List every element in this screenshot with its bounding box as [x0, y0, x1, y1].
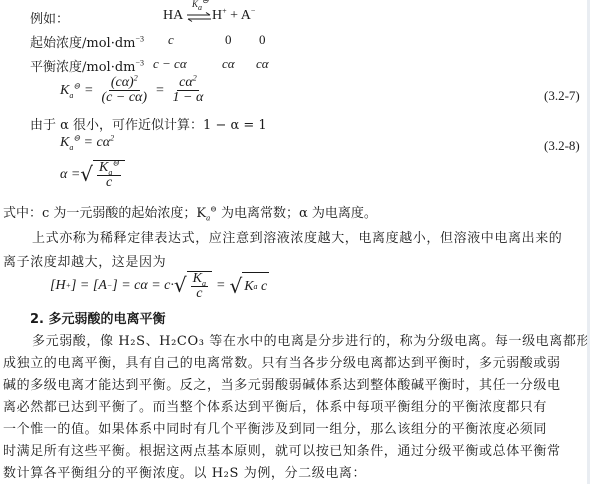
example-label: 例如：	[30, 8, 69, 27]
section-line-7: 数计算各平衡组分的平衡浓度。以 H₂S 为例，分二级电离：	[3, 462, 366, 481]
reactant: HA	[163, 8, 182, 23]
square-root: √Ka⊖c	[80, 160, 125, 190]
where-text: 式中：c 为一元弱酸的起始浓度；Ka⊖ 为电离常数；α 为电离度。	[3, 202, 377, 221]
section-line-5: 一个惟一的值。如果体系中同时有几个平衡涉及到同一组分，那么该组分的平衡浓度必须同	[3, 418, 547, 437]
equation-3-2-7: Ka⊖ = (cα)2(c − cα) = cα21 − α	[60, 76, 207, 105]
section-line-3: 碱的多级电离才能达到平衡。反之，当多元弱酸弱碱体系达到整体酸碱平衡时，其任一分级…	[3, 374, 561, 393]
initial-ha: c	[168, 32, 174, 48]
fraction-1: (cα)2(c − cα)	[100, 76, 150, 105]
ka-symbol: Ka⊖	[60, 83, 80, 99]
approximation-text: 由于 α 很小，可作近似计算：1 − α = 1	[30, 114, 267, 133]
initial-a: 0	[259, 32, 266, 48]
equation-ion-concentration: [H+ ] = [A− ] = cα = c· √Kac = √Ka c	[50, 271, 269, 301]
section-line-2: 成独立的电离平衡，具有自己的电离常数。只有当各步分级电离都达到平衡时，多元弱酸或…	[3, 352, 561, 371]
initial-h: 0	[225, 32, 232, 48]
section-line-1: 多元弱酸，像 H₂S、H₂CO₃ 等在水中的电离是分步进行的，称为分级电离。每一…	[32, 330, 590, 349]
equation-number-3-2-8: (3.2-8)	[544, 138, 580, 154]
equilibrium-a: cα	[256, 56, 269, 72]
equation-3-2-8: Ka⊖ = cα2	[60, 135, 114, 151]
section-heading: 2. 多元弱酸的电离平衡	[30, 308, 166, 327]
equilibrium-ha: c − cα	[153, 56, 187, 72]
plus-sign: +	[230, 8, 238, 23]
equation-number-3-2-7: (3.2-7)	[544, 88, 580, 104]
product-h: H+	[212, 8, 227, 23]
equilibrium-concentration-label: 平衡浓度/mol·dm−3	[30, 56, 144, 75]
section-line-4: 离必然都已达到平衡了。而当整个体系达到平衡后，体系中每项平衡组分的平衡浓度都只有	[3, 396, 547, 415]
section-line-6: 时满足所有这些平衡。根据这两点基本原则，就可以按已知条件，通过分级平衡或总体平衡…	[3, 440, 561, 459]
fraction-2: cα21 − α	[171, 76, 206, 105]
initial-concentration-label: 起始浓度/mol·dm−3	[30, 32, 144, 51]
paragraph-1-line-2: 离子浓度却越大，这是因为	[3, 251, 166, 270]
reaction-equation: HA Ka⊖ H+ + A−	[163, 8, 255, 24]
product-a: A−	[241, 8, 256, 23]
arrow-constant: Ka⊖	[192, 0, 209, 9]
equation-alpha: α = √Ka⊖c	[60, 160, 125, 190]
equilibrium-h: cα	[222, 56, 235, 72]
equilibrium-arrow-icon: Ka⊖	[186, 11, 212, 21]
paragraph-1-line-1: 上式亦称为稀释定律表达式，应注意到溶液浓度越大，电离度越小，但溶液中电离出来的	[32, 227, 562, 246]
